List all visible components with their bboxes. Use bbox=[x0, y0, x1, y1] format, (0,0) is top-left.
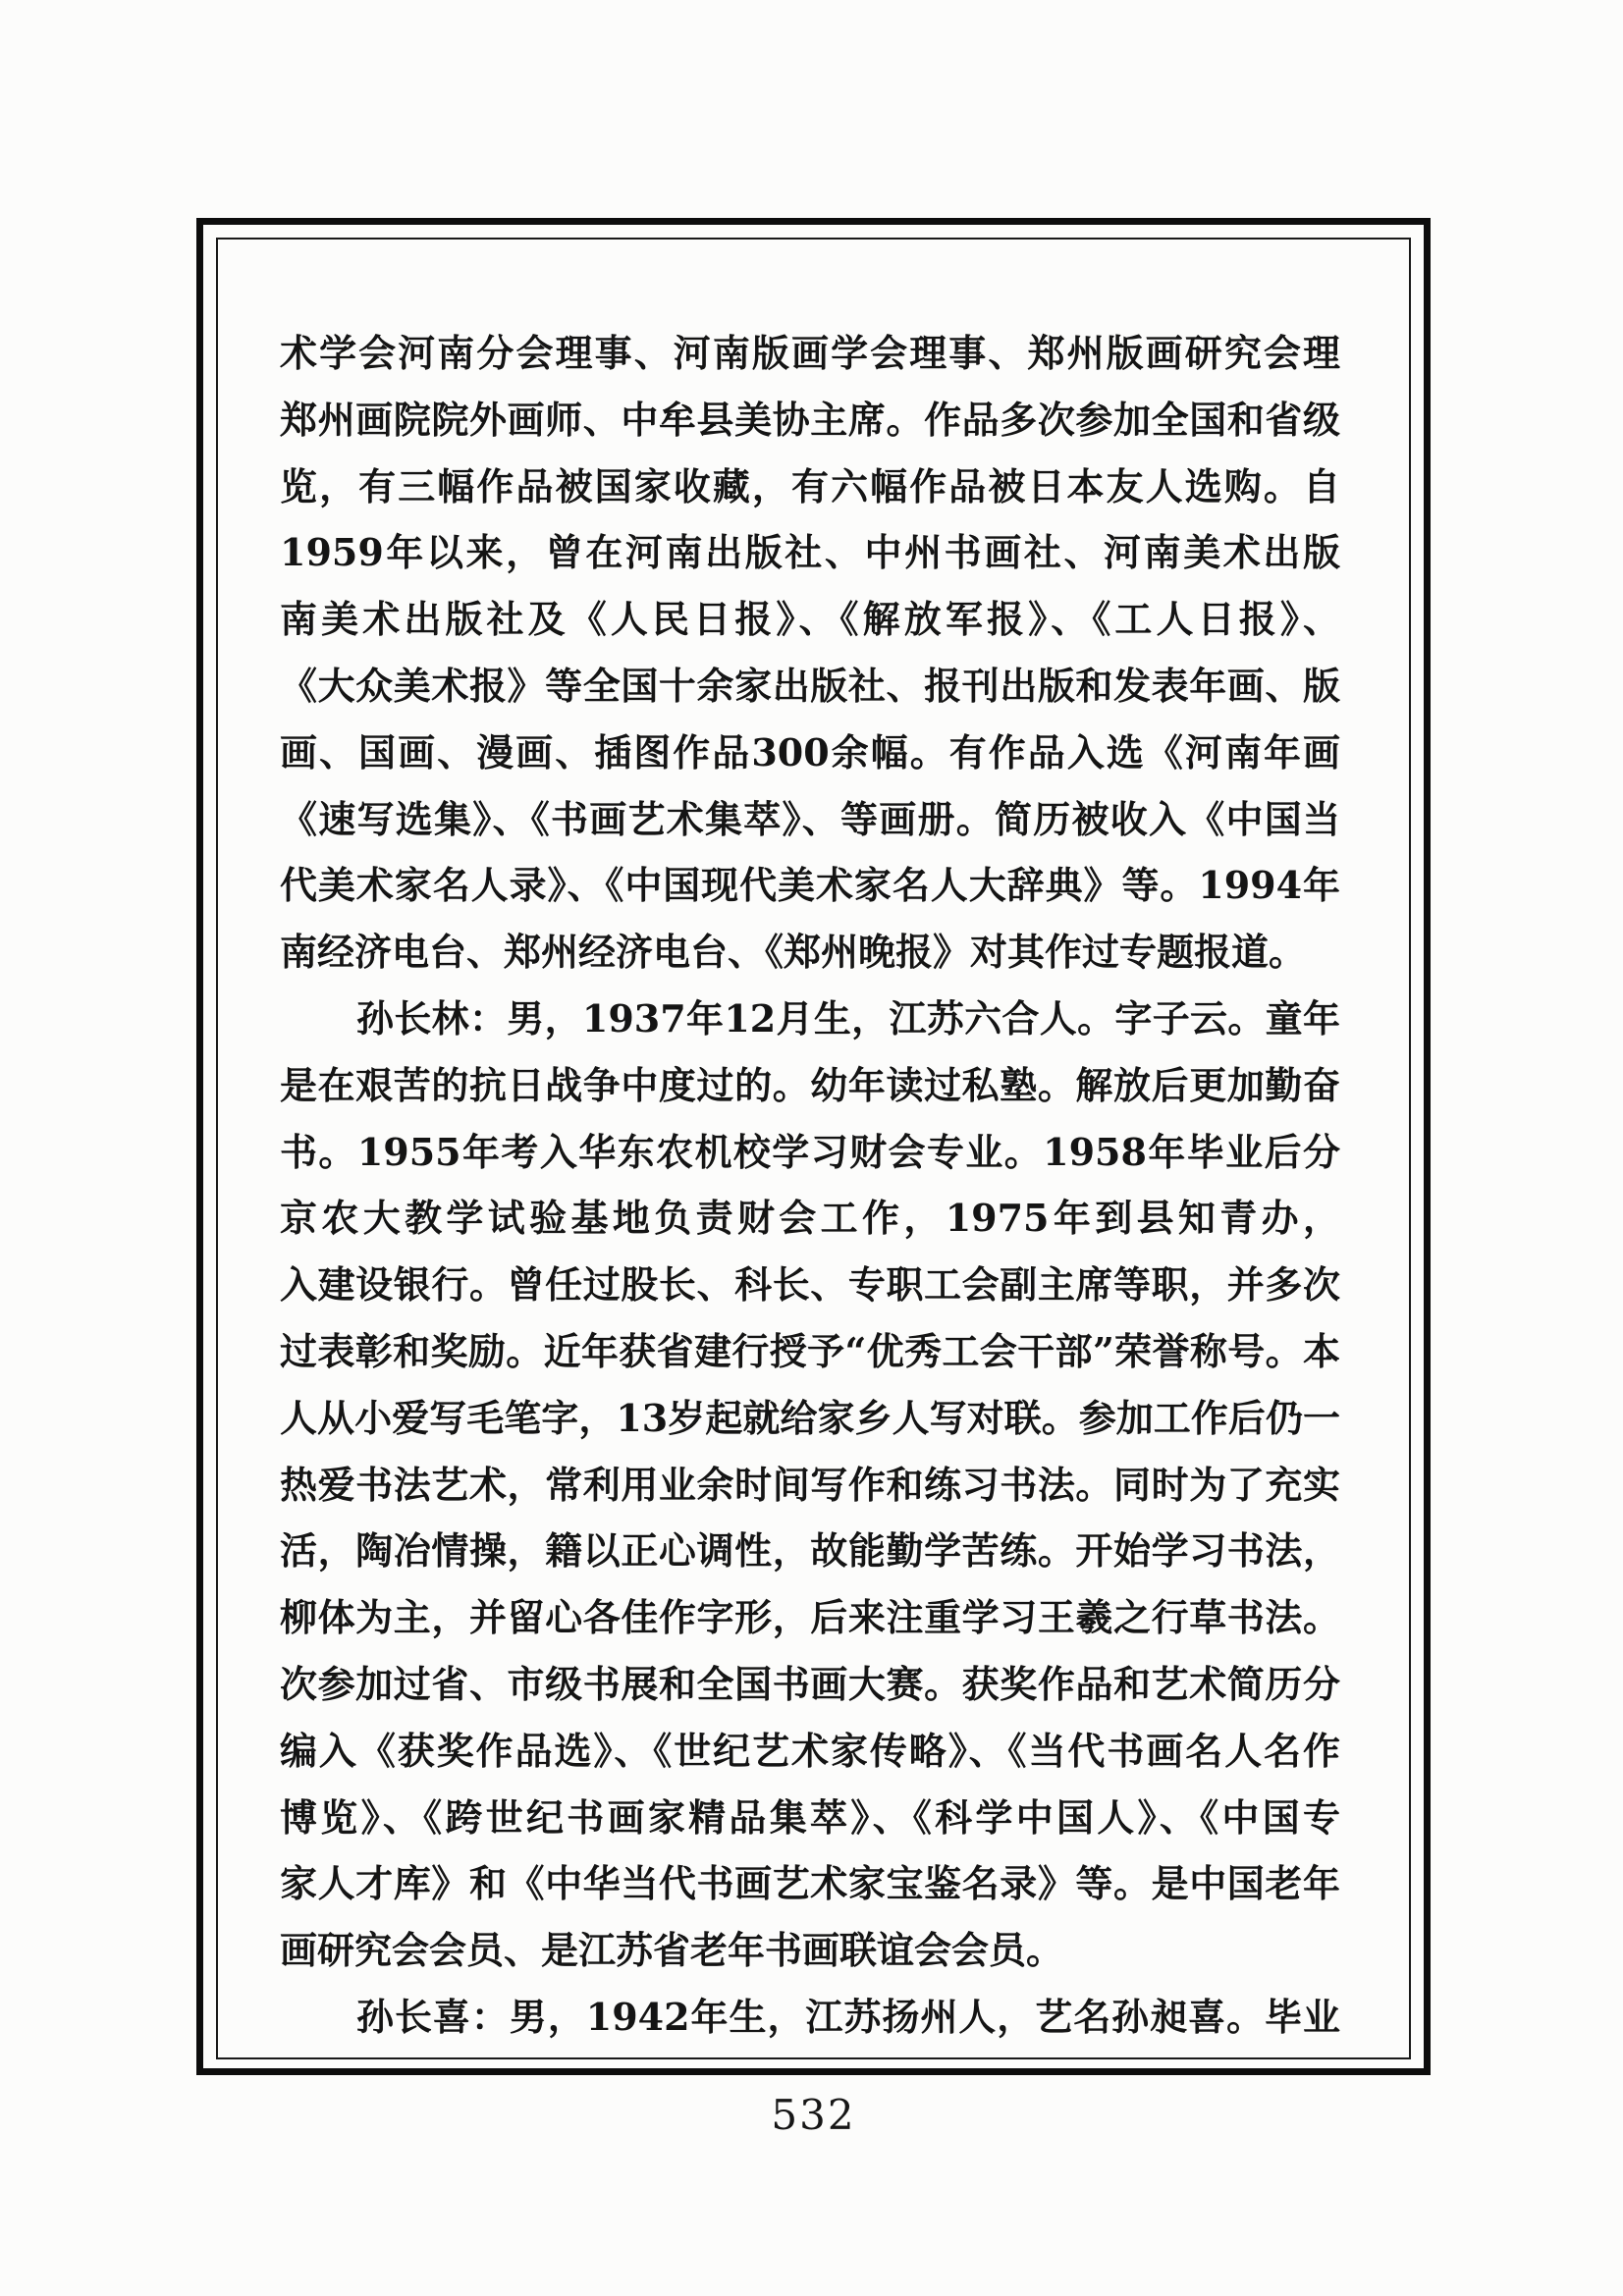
text-line: 孙长林：男，1937年12月生，江苏六合人。字子云。童年生活 bbox=[280, 986, 1340, 1052]
text-line: 代美术家名人录》、《中国现代美术家名人大辞典》等。1994年河 bbox=[280, 852, 1340, 919]
text-line: 人从小爱写毛笔字，13岁起就给家乡人写对联。参加工作后仍一直 bbox=[280, 1385, 1340, 1452]
scanned-book-page: { "document": { "language": "zh", "parag… bbox=[0, 0, 1623, 2296]
text-line: 孙长喜：男，1942年生，江苏扬州人，艺名孙昶喜。毕业于贵 bbox=[280, 1984, 1340, 2051]
text-line: 画研究会会员、是江苏省老年书画联谊会会员。 bbox=[280, 1917, 1340, 1984]
text-block: 术学会河南分会理事、河南版画学会理事、郑州版画研究会理事、郑州画院院外画师、中牟… bbox=[280, 320, 1340, 2051]
text-line: 活，陶冶情操，籍以正心调性，故能勤学苦练。开始学习书法，以 bbox=[280, 1518, 1340, 1584]
text-line: 画、国画、漫画、插图作品300余幅。有作品入选《河南年画集》、 bbox=[280, 720, 1340, 786]
text-line: 览，有三幅作品被国家收藏，有六幅作品被日本友人选购。自 bbox=[280, 454, 1340, 520]
text-line: 是在艰苦的抗日战争中度过的。幼年读过私塾。解放后更加勤奋读 bbox=[280, 1052, 1340, 1119]
text-line: 《大众美术报》等全国十余家出版社、报刊出版和发表年画、版 bbox=[280, 653, 1340, 720]
text-line: 书。1955年考入华东农机校学习财会专业。1958年毕业后分配到南 bbox=[280, 1119, 1340, 1186]
text-line: 南美术出版社及《人民日报》、《解放军报》、《工人日报》、 bbox=[280, 586, 1340, 653]
text-line: 家人才库》和《中华当代书画艺术家宝鉴名录》等。是中国老年书 bbox=[280, 1850, 1340, 1917]
text-line: 次参加过省、市级书展和全国书画大赛。获奖作品和艺术简历分别 bbox=[280, 1651, 1340, 1718]
text-line: 过表彰和奖励。近年获省建行授予“优秀工会干部”荣誉称号。本 bbox=[280, 1318, 1340, 1385]
text-line: 编入《获奖作品选》、《世纪艺术家传略》、《当代书画名人名作 bbox=[280, 1718, 1340, 1785]
text-line: 《速写选集》、《书画艺术集萃》、等画册。简历被收入《中国当 bbox=[280, 786, 1340, 853]
text-line: 1959年以来，曾在河南出版社、中州书画社、河南美术出版社、湖 bbox=[280, 519, 1340, 586]
text-line: 柳体为主，并留心各佳作字形，后来注重学习王羲之行草书法。多 bbox=[280, 1584, 1340, 1651]
text-line: 京农大教学试验基地负责财会工作，1975年到县知青办，1979年调 bbox=[280, 1185, 1340, 1252]
text-line: 入建设银行。曾任过股长、科长、专职工会副主席等职，并多次受 bbox=[280, 1252, 1340, 1318]
text-line: 南经济电台、郑州经济电台、《郑州晚报》对其作过专题报道。 bbox=[280, 919, 1340, 986]
text-line: 郑州画院院外画师、中牟县美协主席。作品多次参加全国和省级展 bbox=[280, 387, 1340, 454]
text-line: 热爱书法艺术，常利用业余时间写作和练习书法。同时为了充实生 bbox=[280, 1452, 1340, 1519]
text-line: 术学会河南分会理事、河南版画学会理事、郑州版画研究会理事、 bbox=[280, 320, 1340, 387]
text-line: 博览》、《跨世纪书画家精品集萃》、《科学中国人》、《中国专 bbox=[280, 1785, 1340, 1851]
page-number: 532 bbox=[196, 2091, 1431, 2139]
